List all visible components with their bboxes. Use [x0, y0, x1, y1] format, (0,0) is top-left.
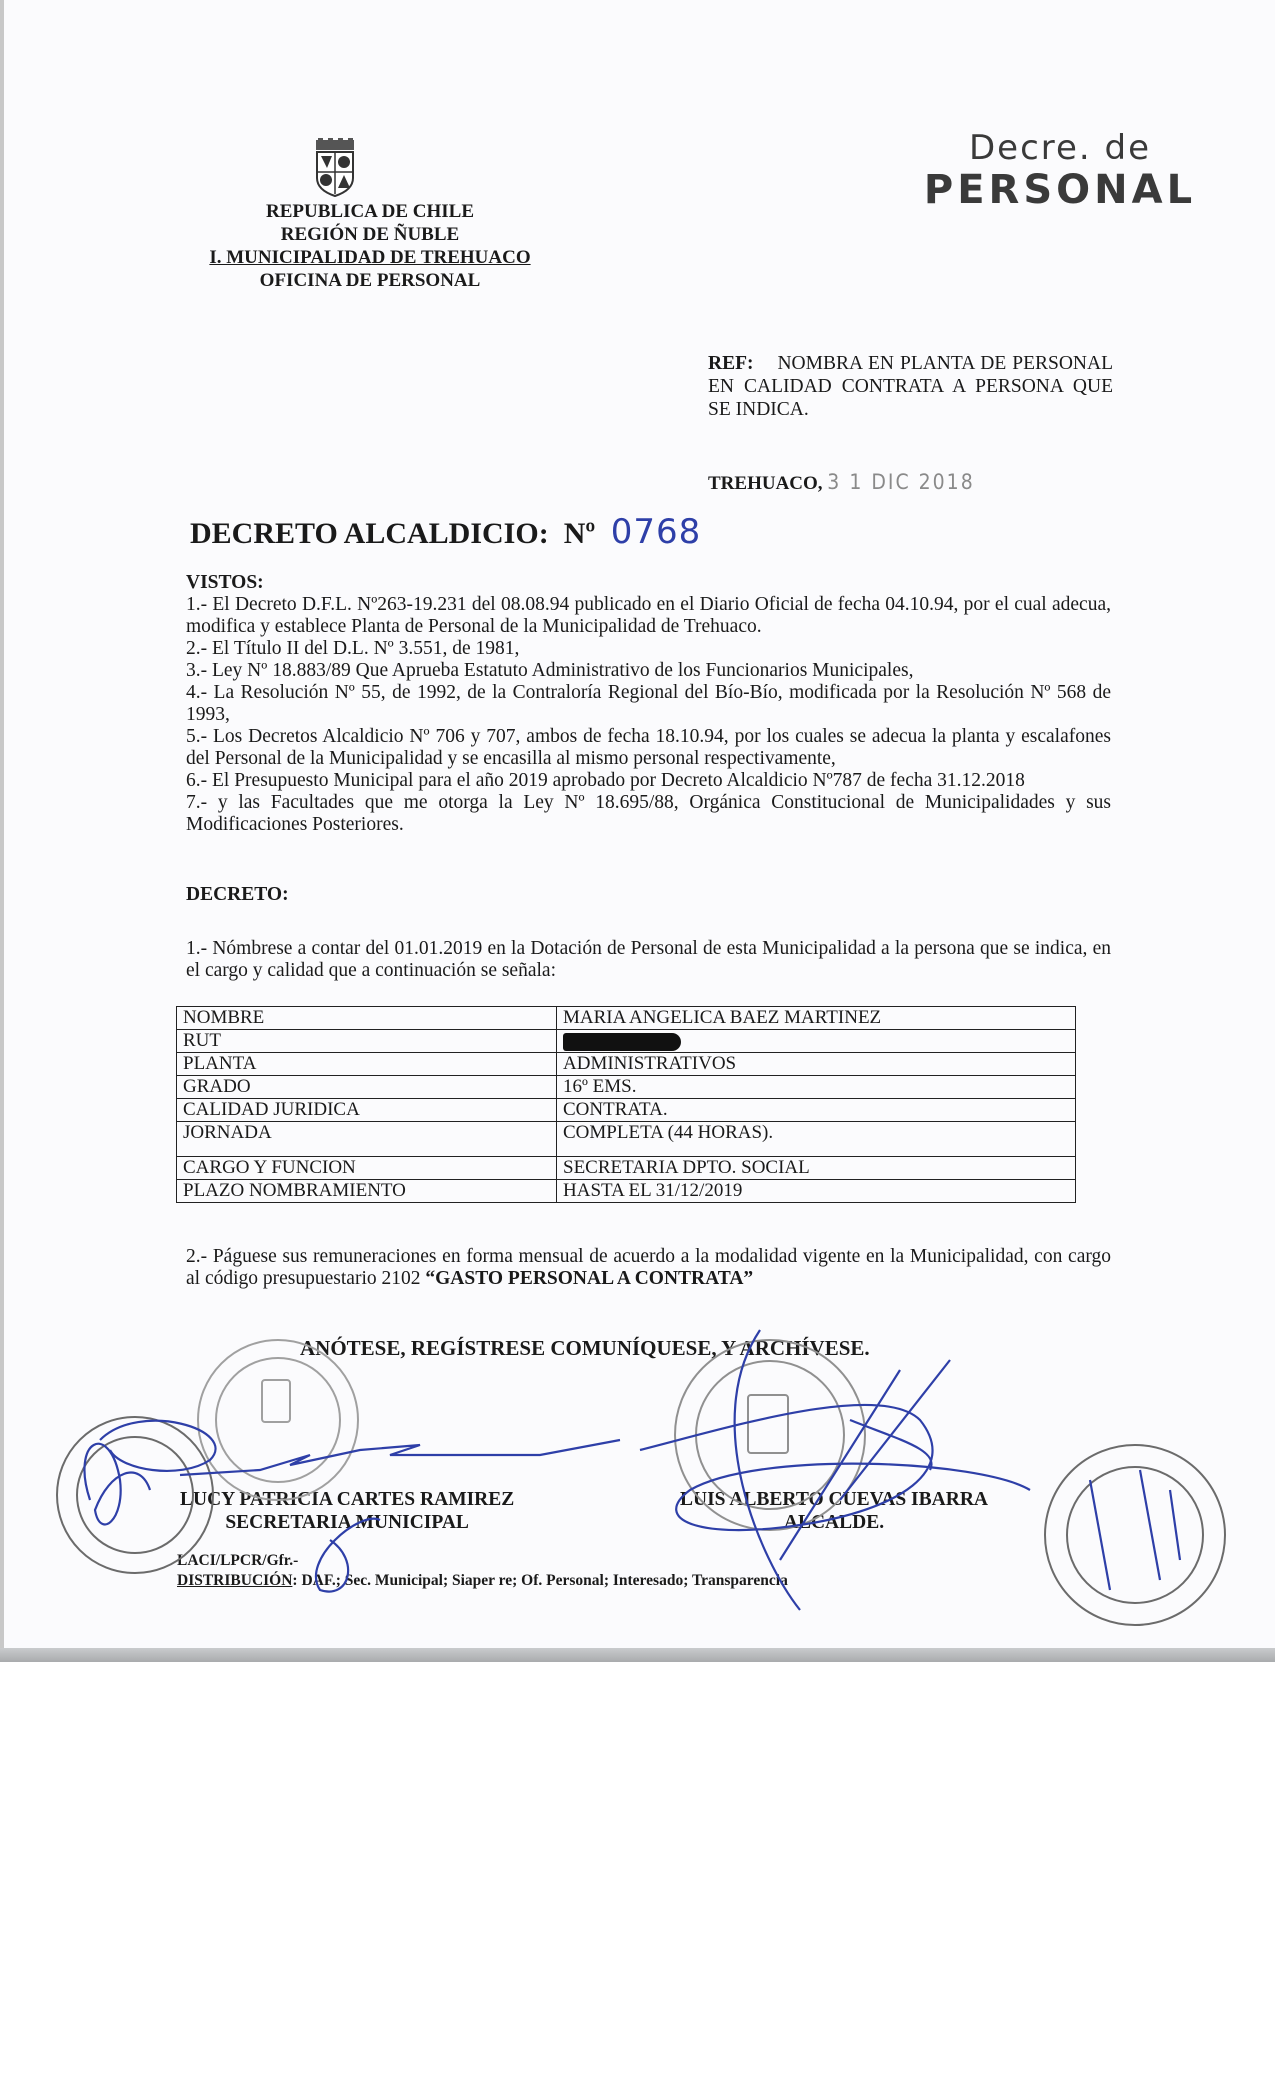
- distribution-text: : DAF.; Sec. Municipal; Siaper re; Of. P…: [292, 1572, 787, 1589]
- decree-number-handwritten: 0768: [611, 512, 702, 552]
- header-line-municipality: I. MUNICIPALIDAD DE TREHUACO: [180, 246, 560, 269]
- appointment-table: NOMBREMARIA ANGELICA BAEZ MARTINEZRUTPLA…: [176, 1006, 1076, 1203]
- field-label: PLAZO NOMBRAMIENTO: [177, 1180, 557, 1203]
- field-value: SECRETARIA DPTO. SOCIAL: [557, 1157, 1076, 1180]
- stamp-line-1: Decre. de: [920, 128, 1200, 168]
- ref-label: REF:: [708, 353, 754, 374]
- reference-block: REF: NOMBRA EN PLANTA DE PERSONAL EN CAL…: [708, 352, 1113, 421]
- header-line-country: REPUBLICA DE CHILE: [180, 200, 560, 223]
- secretary-name: LUCY PATRICIA CARTES RAMIREZ: [180, 1488, 514, 1511]
- vistos-item: 5.- Los Decretos Alcaldicio Nº 706 y 707…: [186, 726, 1111, 770]
- field-value: MARIA ANGELICA BAEZ MARTINEZ: [557, 1007, 1076, 1030]
- field-value: ADMINISTRATIVOS: [557, 1053, 1076, 1076]
- vistos-item: 2.- El Título II del D.L. Nº 3.551, de 1…: [186, 638, 1111, 660]
- table-row: PLANTAADMINISTRATIVOS: [177, 1053, 1076, 1076]
- vistos-item: 4.- La Resolución Nº 55, de 1992, de la …: [186, 682, 1111, 726]
- field-value: CONTRATA.: [557, 1099, 1076, 1122]
- field-value: COMPLETA (44 HORAS).: [557, 1122, 1076, 1157]
- decree-label: DECRETO ALCALDICIO:: [190, 517, 549, 550]
- scan-bottom-edge: [0, 1648, 1275, 1662]
- field-value: [557, 1030, 1076, 1053]
- stamp-control-unit-icon: [1045, 1445, 1225, 1625]
- department-stamp: Decre. de PERSONAL: [920, 128, 1200, 212]
- table-row: RUT: [177, 1030, 1076, 1053]
- table-row: GRADO16º EMS.: [177, 1076, 1076, 1099]
- vistos-heading: VISTOS:: [186, 572, 264, 594]
- field-value: HASTA EL 31/12/2019: [557, 1180, 1076, 1203]
- vistos-item: 3.- Ley Nº 18.883/89 Que Aprueba Estatut…: [186, 660, 1111, 682]
- closing-formula: ANÓTESE, REGÍSTRESE COMUNÍQUESE, Y ARCHÍ…: [300, 1336, 870, 1361]
- table-row: CALIDAD JURIDICACONTRATA.: [177, 1099, 1076, 1122]
- budget-item: “GASTO PERSONAL A CONTRATA”: [425, 1268, 753, 1289]
- decree-number-prefix: Nº: [564, 517, 596, 550]
- redaction-mark: [563, 1033, 681, 1051]
- header-line-region: REGIÓN DE ÑUBLE: [180, 223, 560, 246]
- field-label: GRADO: [177, 1076, 557, 1099]
- decree-number: DECRETO ALCALDICIO: Nº 0768: [190, 512, 701, 552]
- signature-block-mayor: LUIS ALBERTO CUEVAS IBARRA ALCALDE.: [680, 1488, 988, 1534]
- place: TREHUACO,: [708, 473, 823, 494]
- vistos-item: 7.- y las Facultades que me otorga la Le…: [186, 792, 1111, 836]
- mayor-title: ALCALDE.: [680, 1511, 988, 1534]
- article-1: 1.- Nómbrese a contar del 01.01.2019 en …: [186, 938, 1111, 982]
- field-label: PLANTA: [177, 1053, 557, 1076]
- ref-text: NOMBRA EN PLANTA DE PERSONAL EN CALIDAD …: [708, 353, 1113, 420]
- field-label: CARGO Y FUNCION: [177, 1157, 557, 1180]
- secretary-title: SECRETARIA MUNICIPAL: [180, 1511, 514, 1534]
- table-row: PLAZO NOMBRAMIENTOHASTA EL 31/12/2019: [177, 1180, 1076, 1203]
- field-value: 16º EMS.: [557, 1076, 1076, 1099]
- field-label: CALIDAD JURIDICA: [177, 1099, 557, 1122]
- vistos-list: 1.- El Decreto D.F.L. Nº263-19.231 del 0…: [186, 594, 1111, 836]
- stamp-secretary-icon: [198, 1340, 358, 1500]
- decreto-heading: DECRETO:: [186, 884, 289, 906]
- author-initials: LACI/LPCR/Gfr.-: [177, 1552, 298, 1570]
- field-label: NOMBRE: [177, 1007, 557, 1030]
- municipal-coat-of-arms-icon: [312, 138, 358, 198]
- article-2: 2.- Páguese sus remuneraciones en forma …: [186, 1246, 1111, 1290]
- table-row: NOMBREMARIA ANGELICA BAEZ MARTINEZ: [177, 1007, 1076, 1030]
- table-row: CARGO Y FUNCIONSECRETARIA DPTO. SOCIAL: [177, 1157, 1076, 1180]
- scanned-page: REPUBLICA DE CHILE REGIÓN DE ÑUBLE I. MU…: [0, 0, 1275, 1648]
- header-line-office: OFICINA DE PERSONAL: [180, 269, 560, 292]
- field-label: JORNADA: [177, 1122, 557, 1157]
- vistos-item: 6.- El Presupuesto Municipal para el año…: [186, 770, 1111, 792]
- mayor-name: LUIS ALBERTO CUEVAS IBARRA: [680, 1488, 988, 1511]
- distribution-label: DISTRIBUCIÓN: [177, 1572, 292, 1589]
- scan-edge: [0, 0, 4, 1648]
- distribution-list: DISTRIBUCIÓN: DAF.; Sec. Municipal; Siap…: [177, 1572, 788, 1590]
- place-date: TREHUACO, 3 1 DIC 2018: [708, 470, 975, 495]
- signature-block-secretary: LUCY PATRICIA CARTES RAMIREZ SECRETARIA …: [180, 1488, 514, 1534]
- stamp-line-2: PERSONAL: [920, 168, 1200, 212]
- field-label: RUT: [177, 1030, 557, 1053]
- vistos-item: 1.- El Decreto D.F.L. Nº263-19.231 del 0…: [186, 594, 1111, 638]
- date-stamp: 3 1 DIC 2018: [827, 470, 974, 494]
- issuer-header: REPUBLICA DE CHILE REGIÓN DE ÑUBLE I. MU…: [180, 200, 560, 292]
- table-row: JORNADACOMPLETA (44 HORAS).: [177, 1122, 1076, 1157]
